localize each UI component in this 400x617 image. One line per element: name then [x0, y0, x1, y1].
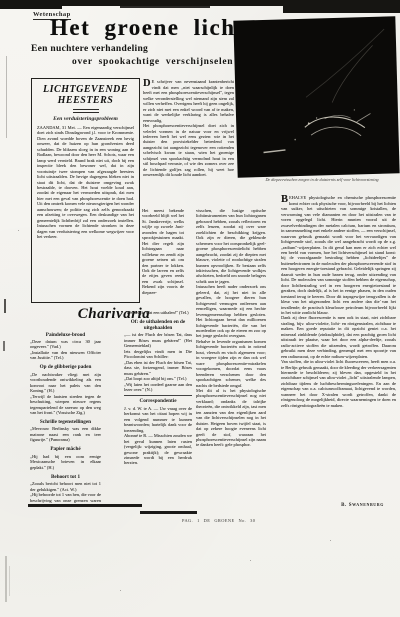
box-title-line-1: LICHTGEVENDE	[37, 84, 134, 95]
page-footer: PAG. 1 DE GROENE No. 30	[182, 518, 255, 523]
box-title-line-2: HEESTERS	[37, 95, 134, 106]
top-edge-strip	[0, 0, 62, 9]
author-signature: B. Swanenburg	[281, 502, 384, 508]
scan-mark	[6, 56, 7, 138]
charivaria-item-body: „Deze datum was circa 30 jaar ongeveer."…	[30, 339, 101, 361]
page-headline: Het groene licht	[50, 15, 245, 41]
section-rule	[28, 504, 142, 507]
article-right-text: EHALVE physiologische en chemische phosp…	[281, 195, 396, 407]
subtitle-line-2: over spookachtige verschijnselen	[72, 57, 233, 67]
charivaria-item-body: „Mevrouw Berlinsky was een dikke matrone…	[30, 426, 101, 442]
charivaria-item-heading: Schrille tegenstellingen	[30, 419, 101, 425]
article-intro-column: DE schrijver van nevenstaand krantenberi…	[143, 74, 234, 206]
subtitle-line-1: Een nuchtere verhandeling	[31, 44, 148, 54]
section-rule	[140, 511, 197, 514]
deep-sea-photo	[234, 17, 399, 177]
article-column-middle: visschen, die lustige optische lichtinst…	[196, 208, 266, 514]
newspaper-page: Wetenschap Het groene licht Een nuchtere…	[0, 0, 400, 617]
charivaria-item-heading: Papier mâché	[30, 446, 101, 452]
charivaria-item-body: „De nachtwaker vliegt met zijn voorthoud…	[30, 372, 101, 416]
photo-caption: De diepzeevisschen zorgen in de duistern…	[246, 177, 398, 182]
charivaria-item-body: „Zooals bericht behoort men niet tot 1 d…	[30, 481, 101, 504]
dropcap-b: B	[281, 195, 289, 204]
correspondentie-heading: Correspondentie	[124, 395, 192, 404]
charivaria-item-body: „Hij had bij een oom eenige Mexicaansche…	[30, 454, 101, 470]
correspondentie-body: J. v. d. W. te A. — Uw vraag over de her…	[124, 406, 192, 466]
article-column-left: Het meest bekende voorbeeld blijft wel h…	[142, 208, 184, 304]
heesters-box: LICHTGEVENDE HEESTERS Een verduisterings…	[31, 78, 140, 303]
dropcap-d: D	[143, 79, 152, 88]
charivaria-column-1: Paindeluxe-brood „Deze datum was circa 3…	[30, 328, 101, 504]
box-body: ZAANDAM, 31 Mei. — Een eigenaardig versc…	[37, 125, 134, 289]
box-subtitle: Een verduisteringsprobleem	[37, 116, 134, 122]
scan-mark	[4, 299, 6, 313]
charivaria-item-heading: Behoort tot 1	[30, 474, 101, 480]
charivaria-item-heading: Of: de uithalenden en de uitgehaalden	[124, 319, 192, 331]
charivaria-column-2: „Vreeselijk, wat een uithalen!" (Tel.) O…	[124, 310, 192, 498]
charivaria-item-body: „— ist der Fluch der bösen Tat, dass imm…	[124, 332, 192, 392]
box-divider	[73, 109, 99, 113]
article-intro-text: E schrijver van nevenstaand krantenberic…	[143, 79, 234, 177]
article-column-right: BEHALVE physiologische en chemische phos…	[281, 190, 396, 500]
top-edge-strip	[120, 0, 210, 8]
charivaria-item-heading: Paindeluxe-brood	[30, 332, 101, 338]
deep-sea-photo-art	[234, 17, 399, 177]
top-edge-strip	[283, 0, 400, 13]
scan-mark	[9, 566, 10, 596]
scan-mark	[5, 556, 7, 602]
scan-mark	[3, 341, 5, 351]
charivaria-item-heading: Op de glibberige paden	[30, 364, 101, 370]
charivaria-item-body: „Vreeselijk, wat een uithalen!" (Tel.)	[124, 310, 192, 315]
